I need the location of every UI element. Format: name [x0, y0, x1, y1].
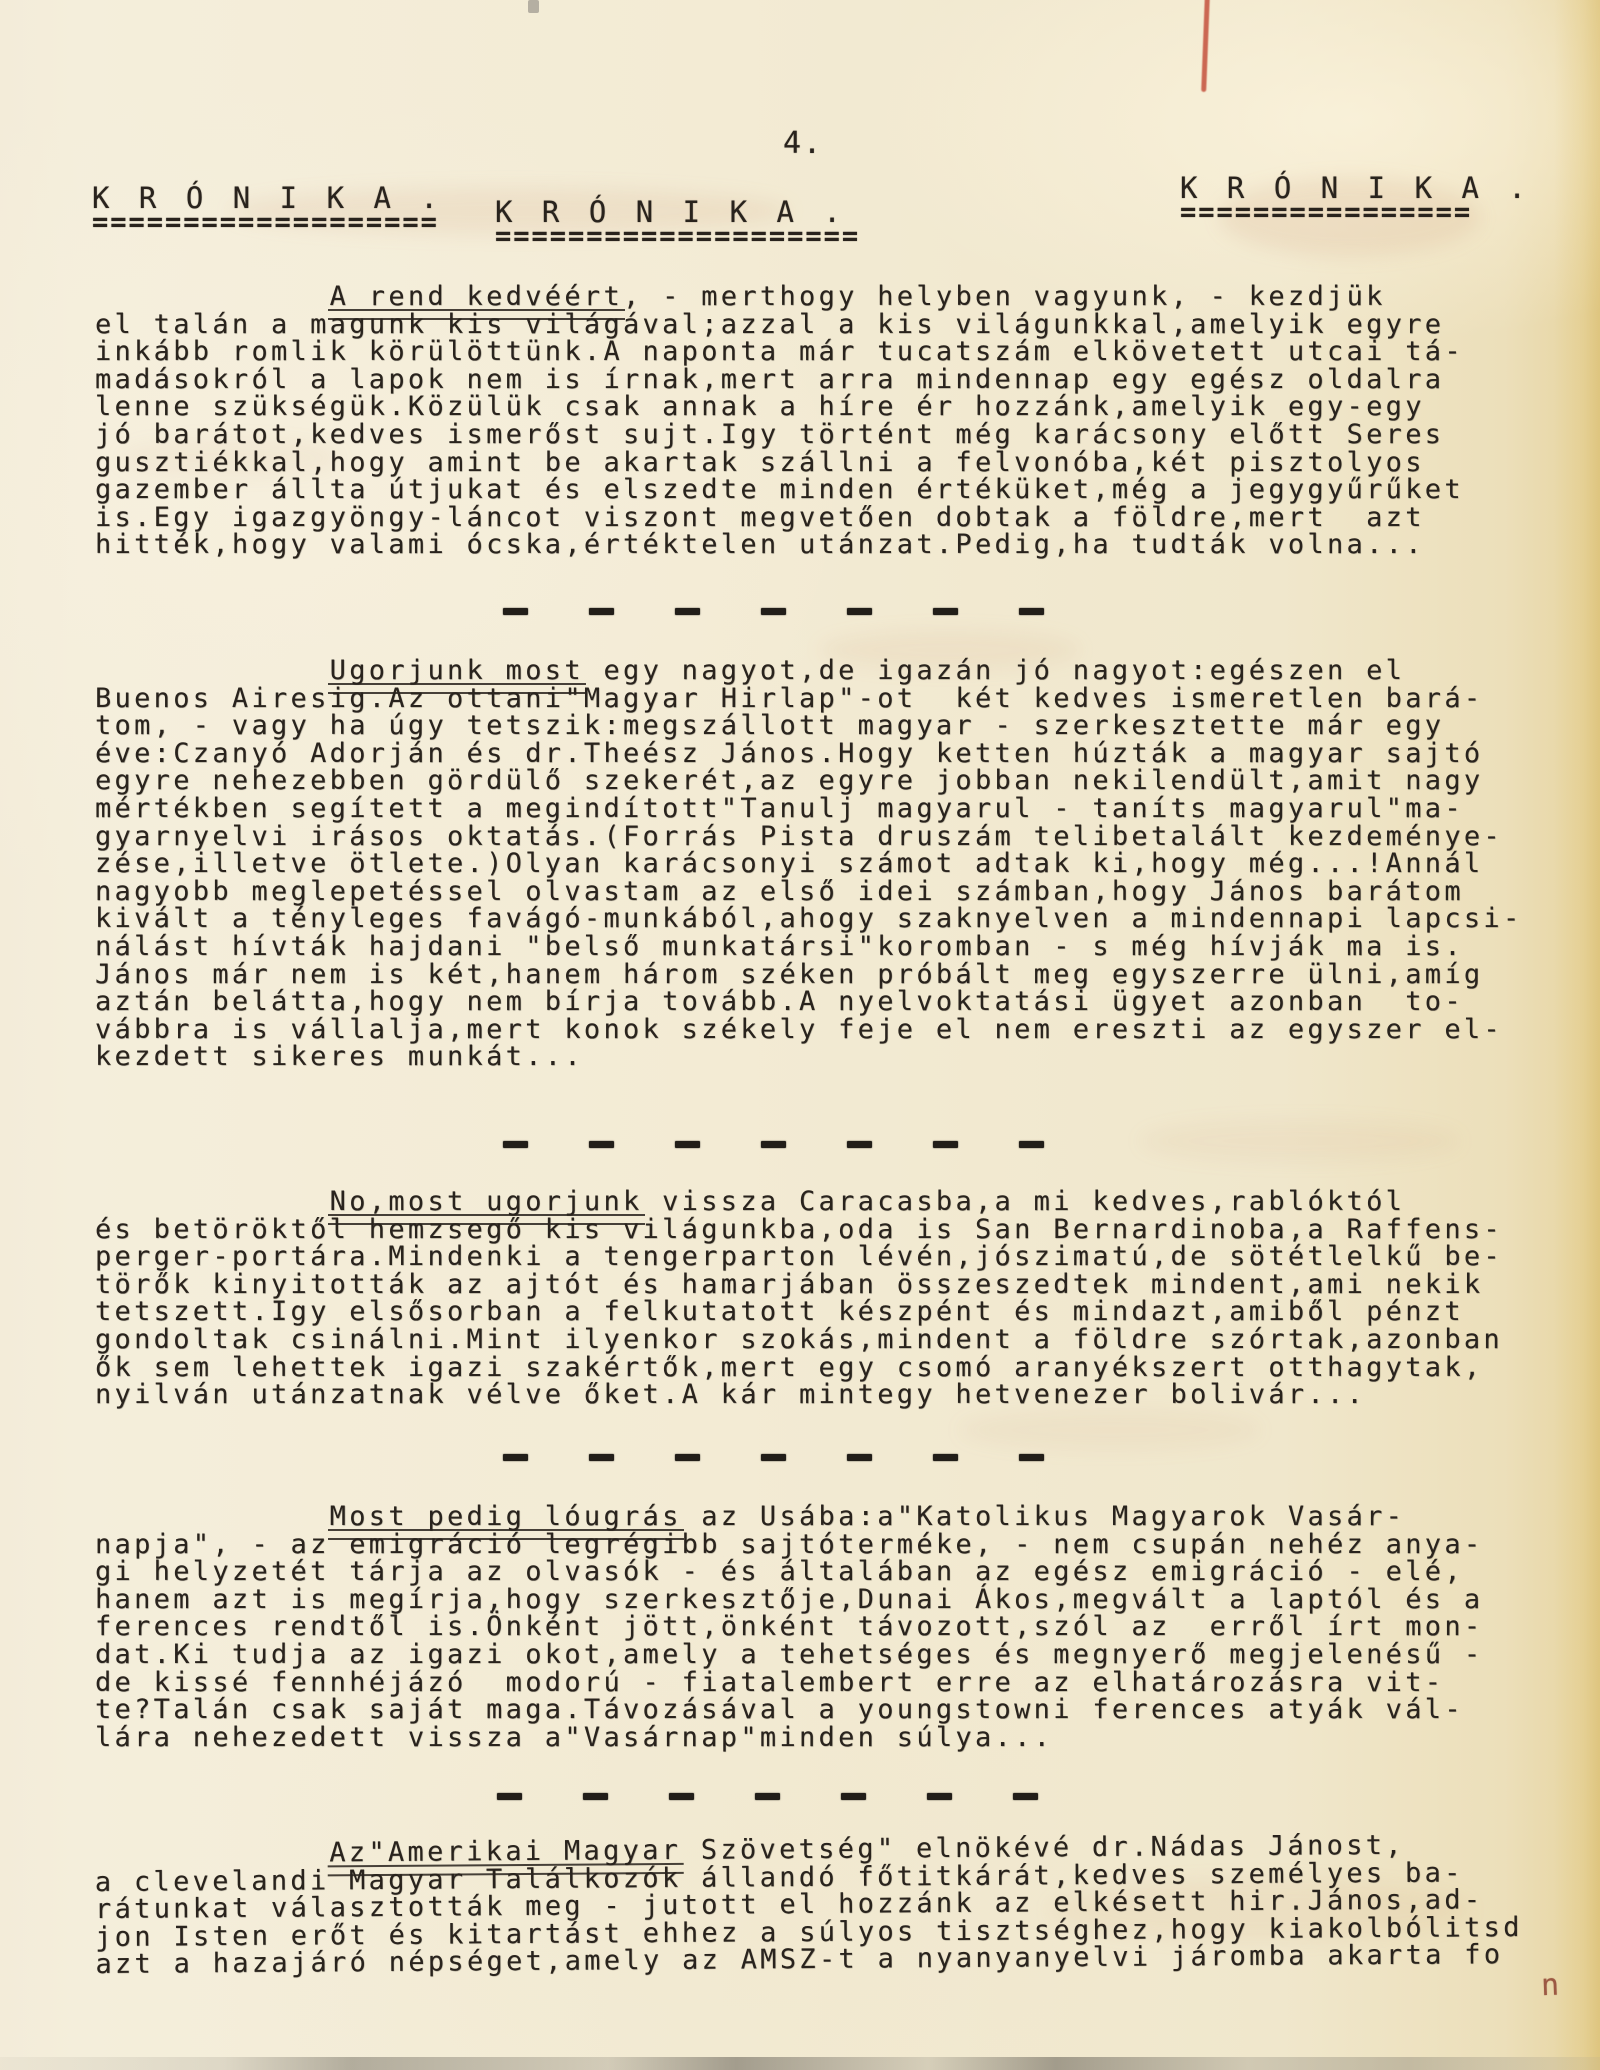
kronika-header-right: K R Ó N I K A . ================ [1180, 172, 1532, 229]
paper-stain [1140, 1120, 1460, 1162]
paragraph-a-rend-kedveert: A rend kedvéért, - merthogy helyben vagy… [95, 283, 1575, 559]
paper-stain [960, 1410, 1260, 1450]
scan-edge-band [0, 2057, 1600, 2070]
kronika-header-left: K R Ó N I K A . =================== [92, 182, 444, 239]
paragraph-ugorjunk-most: Ugorjunk most egy nagyot,de igazán jó na… [95, 657, 1575, 1071]
separator [503, 608, 1044, 615]
stray-ink-mark: n [1540, 1968, 1559, 2004]
red-ink-line-artifact [1201, 0, 1210, 92]
scanned-document-page: 4. K R Ó N I K A . =================== K… [0, 0, 1600, 2070]
page-number: 4. [783, 126, 823, 161]
kronika-underline: =================== [92, 207, 444, 239]
paragraph-most-pedig-lougras: Most pedig lóugrás az Usába:a"Katolikus … [95, 1503, 1575, 1751]
separator [503, 1454, 1044, 1461]
paragraph-no-most-ugorjunk: No,most ugorjunk vissza Caracasba,a mi k… [95, 1188, 1575, 1409]
scan-speck [528, 0, 539, 13]
kronika-underline: ==================== [495, 221, 860, 253]
kronika-header-center: K R Ó N I K A . ==================== [495, 196, 860, 253]
separator [497, 1793, 1038, 1800]
paragraph-amerikai-magyar-szovetseg: Az"Amerikai Magyar Szövetség" elnökévé d… [95, 1831, 1576, 1979]
separator [503, 1141, 1044, 1148]
